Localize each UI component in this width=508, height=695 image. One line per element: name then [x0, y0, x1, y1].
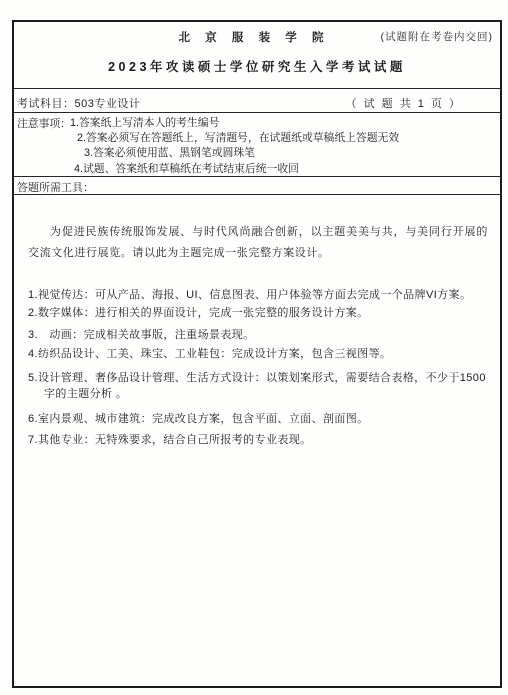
document-frame: 北 京 服 装 学 院 (试题附在考卷内交回) 2023年攻读硕士学位研究生入学…	[12, 20, 502, 688]
notes-item: 3.答案必须使用蓝、黑钢笔或圆珠笔	[70, 146, 496, 161]
content-section: 为促进民族传统服饰发展、与时代风尚融合创新，以主题美美与共，与美同行开展的交流文…	[14, 195, 500, 686]
notes-item: 1.答案纸上写清本人的考生编号	[70, 116, 496, 131]
tools-label: 答题所需工具：	[17, 179, 94, 195]
school-name: 北 京 服 装 学 院	[178, 29, 329, 45]
intro-paragraph: 为促进民族传统服饰发展、与时代风尚融合创新，以主题美美与共，与美同行开展的交流文…	[28, 222, 488, 264]
requirement-item: 2.数字媒体：进行相关的界面设计，完成一张完整的服务设计方案。	[28, 306, 488, 321]
requirement-item: 5.设计管理、奢侈品设计管理、生活方式设计：以策划案形式，需要结合表格，不少于1…	[28, 370, 488, 402]
pages-note: （ 试 题 共 1 页 ）	[346, 95, 462, 111]
scanned-exam-paper: 北 京 服 装 学 院 (试题附在考卷内交回) 2023年攻读硕士学位研究生入学…	[0, 0, 508, 695]
requirement-item: 3. 动画：完成相关故事版，注重场景表现。	[28, 328, 488, 343]
exam-title: 2023年攻读硕士学位研究生入学考试试题	[108, 57, 406, 75]
notes-label: 注意事项：	[17, 116, 71, 131]
requirement-item: 6.室内景观、城市建筑：完成改良方案，包含平面、立面、剖面图。	[28, 412, 488, 427]
requirement-list: 1.视觉传达：可从产品、海报、UI、信息图表、用户体验等方面去完成一个品牌VI方…	[28, 288, 488, 448]
notes-items: 1.答案纸上写清本人的考生编号 2.答案必须写在答题纸上，写清题号，在试题纸或草…	[70, 116, 496, 177]
notes-item: 2.答案必须写在答题纸上，写清题号，在试题纸或草稿纸上答题无效	[70, 131, 496, 146]
header-section: 北 京 服 装 学 院 (试题附在考卷内交回) 2023年攻读硕士学位研究生入学…	[14, 22, 500, 89]
subject-row: 考试科目：503专业设计 （ 试 题 共 1 页 ）	[14, 89, 500, 113]
notes-section: 注意事项： 1.答案纸上写清本人的考生编号 2.答案必须写在答题纸上，写清题号，…	[14, 113, 500, 177]
notes-item: 4.试题、答案纸和草稿纸在考试结束后统一收回	[70, 162, 496, 177]
requirement-item: 1.视觉传达：可从产品、海报、UI、信息图表、用户体验等方面去完成一个品牌VI方…	[28, 288, 488, 303]
subject-label: 考试科目：503专业设计	[17, 95, 140, 111]
requirement-item: 4.纺织品设计、工美、珠宝、工业鞋包：完成设计方案，包含三视图等。	[28, 347, 488, 362]
requirement-item: 7.其他专业：无特殊要求，结合自己所报考的专业表现。	[28, 433, 488, 448]
tools-row: 答题所需工具：	[14, 177, 500, 195]
return-note: (试题附在考卷内交回)	[381, 29, 494, 44]
